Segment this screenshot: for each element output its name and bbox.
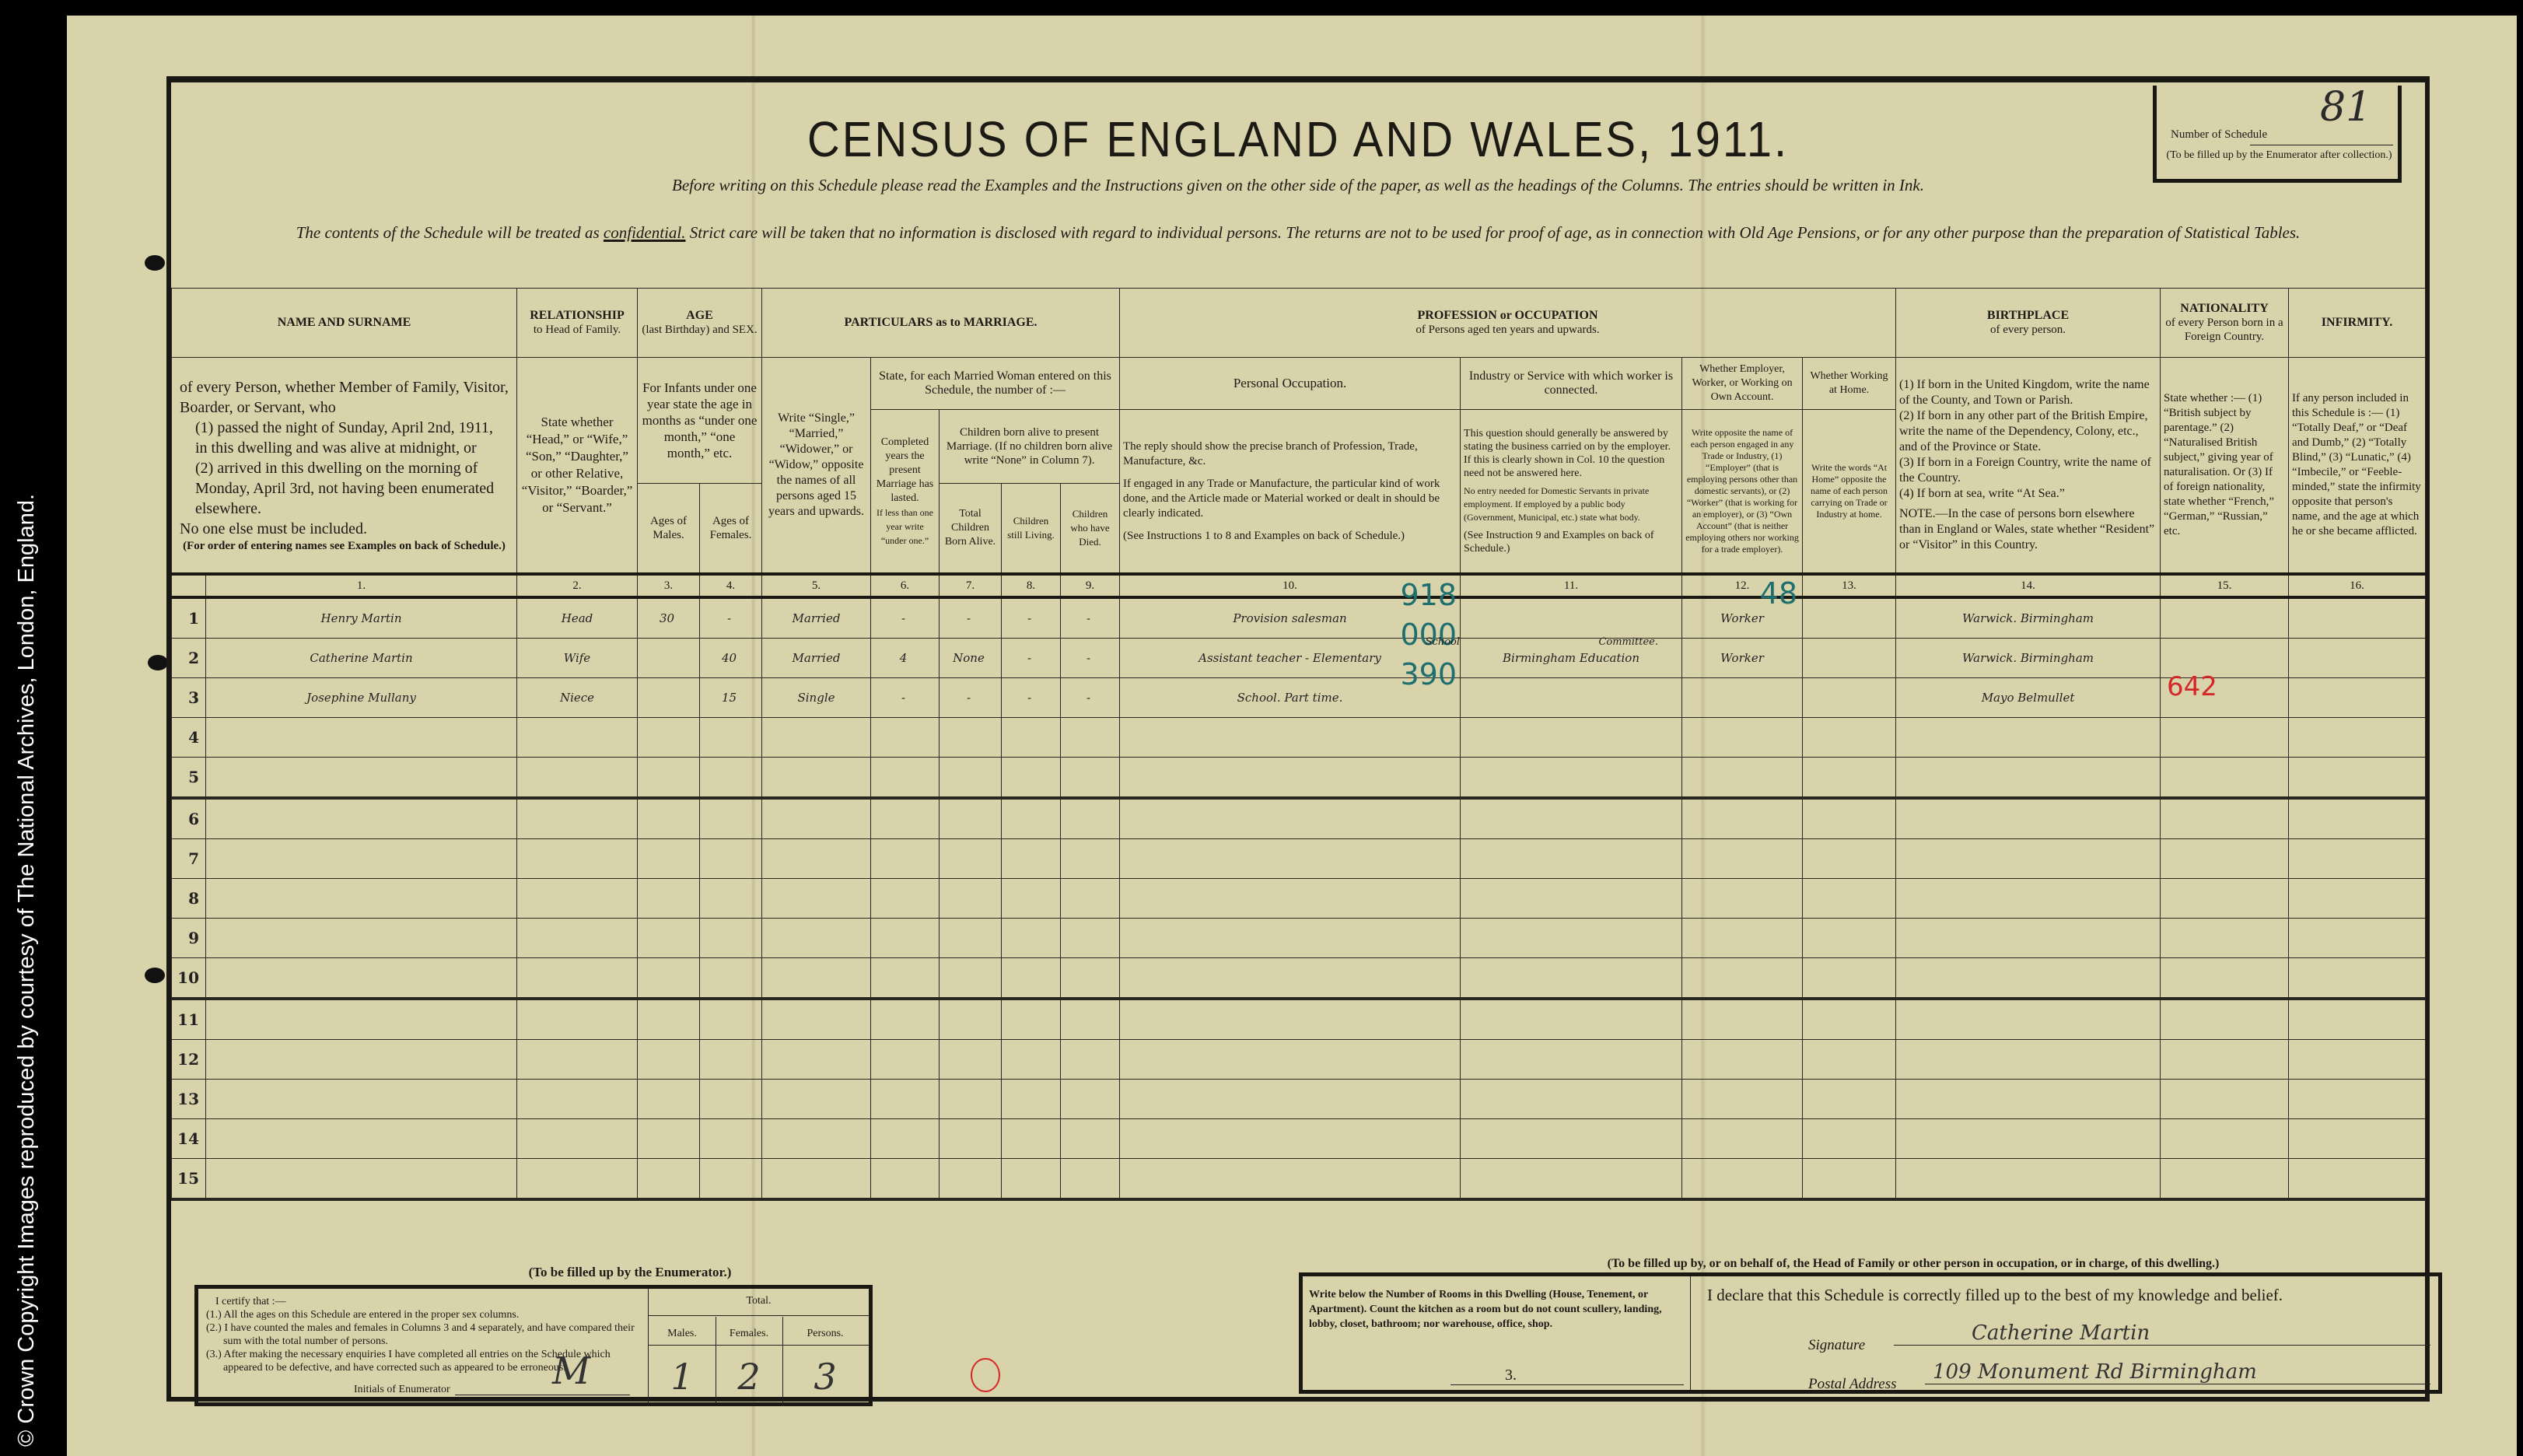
cell-rel: Niece — [517, 678, 638, 718]
cell-rel — [517, 1159, 638, 1200]
column-group-headers: NAME AND SURNAME RELATIONSHIPto Head of … — [172, 289, 2426, 358]
row-number: 5 — [172, 758, 206, 799]
cell-died — [1061, 1040, 1120, 1080]
cell-age_m — [638, 678, 700, 718]
cell-name — [206, 1040, 517, 1080]
cell-name — [206, 758, 517, 799]
table-row: 3Josephine MullanyNiece15Single----Schoo… — [172, 678, 2426, 718]
cell-rel — [517, 1080, 638, 1119]
cell-home — [1803, 958, 1896, 999]
cell-name — [206, 999, 517, 1040]
cell-marital — [762, 1119, 871, 1159]
cell-industry — [1461, 919, 1682, 958]
cell-infirmity — [2289, 1119, 2426, 1159]
row-number: 9 — [172, 919, 206, 958]
cell-born — [940, 1159, 1002, 1200]
cell-marital: Single — [762, 678, 871, 718]
cell-living: - — [1002, 639, 1061, 678]
table-row: 6 — [172, 798, 2426, 839]
cell-employer — [1682, 678, 1803, 718]
cell-age_m — [638, 758, 700, 799]
row-number: 3 — [172, 678, 206, 718]
column-subheaders-1: of every Person, whether Member of Famil… — [172, 358, 2426, 410]
cell-infirmity — [2289, 1040, 2426, 1080]
employer-header: Whether Employer, Worker, or Working on … — [1682, 358, 1803, 410]
cell-nationality — [2161, 879, 2289, 919]
cell-infirmity — [2289, 758, 2426, 799]
cell-name — [206, 718, 517, 758]
header-birthplace: BIRTHPLACEof every person. — [1896, 289, 2161, 358]
cell-rel — [517, 958, 638, 999]
cell-age_m — [638, 639, 700, 678]
cell-nationality — [2161, 798, 2289, 839]
cell-nationality — [2161, 1119, 2289, 1159]
cell-age_m — [638, 718, 700, 758]
cell-employer — [1682, 919, 1803, 958]
cell-age_m — [638, 1119, 700, 1159]
cell-years — [871, 718, 940, 758]
cell-living — [1002, 1040, 1061, 1080]
cell-died — [1061, 839, 1120, 879]
cell-living — [1002, 879, 1061, 919]
cell-age_f — [700, 879, 762, 919]
age-instructions: For Infants under one year state the age… — [638, 358, 762, 484]
cell-occupation — [1120, 718, 1461, 758]
cell-name — [206, 1159, 517, 1200]
cell-occupation — [1120, 1119, 1461, 1159]
cell-born: - — [940, 597, 1002, 639]
cell-nationality — [2161, 1159, 2289, 1200]
schedule-number-note: (To be filled up by the Enumerator after… — [2164, 149, 2394, 162]
cell-died — [1061, 919, 1120, 958]
table-row: 10 — [172, 958, 2426, 999]
cell-birthplace — [1896, 1159, 2161, 1200]
cell-living — [1002, 958, 1061, 999]
personal-occupation-instructions: The reply should show the precise branch… — [1120, 410, 1461, 575]
cell-employer — [1682, 839, 1803, 879]
header-nationality: NATIONALITYof every Person born in a For… — [2161, 289, 2289, 358]
row-number: 13 — [172, 1080, 206, 1119]
cell-birthplace — [1896, 798, 2161, 839]
cell-name — [206, 919, 517, 958]
cell-age_m — [638, 999, 700, 1040]
punch-hole — [148, 655, 168, 670]
cell-nationality — [2161, 839, 2289, 879]
table-row: 5 — [172, 758, 2426, 799]
cell-age_f — [700, 1119, 762, 1159]
cell-marital — [762, 999, 871, 1040]
cell-years — [871, 798, 940, 839]
cell-age_f — [700, 958, 762, 999]
cell-living — [1002, 798, 1061, 839]
table-row: 7 — [172, 839, 2426, 879]
cell-employer — [1682, 879, 1803, 919]
cell-died — [1061, 718, 1120, 758]
cell-home — [1803, 1080, 1896, 1119]
cell-living: - — [1002, 678, 1061, 718]
cell-industry — [1461, 1040, 1682, 1080]
cell-home — [1803, 919, 1896, 958]
header-relationship: RELATIONSHIPto Head of Family. — [517, 289, 638, 358]
cell-infirmity — [2289, 879, 2426, 919]
cell-infirmity — [2289, 639, 2426, 678]
cell-employer — [1682, 718, 1803, 758]
cell-age_f — [700, 798, 762, 839]
cell-industry — [1461, 798, 1682, 839]
cell-birthplace — [1896, 718, 2161, 758]
still-living-header: Children still Living. — [1002, 484, 1061, 575]
cell-employer — [1682, 1159, 1803, 1200]
row-number: 8 — [172, 879, 206, 919]
have-died-header: Children who have Died. — [1061, 484, 1120, 575]
cell-birthplace — [1896, 879, 2161, 919]
cell-age_f: 15 — [700, 678, 762, 718]
cell-age_f — [700, 999, 762, 1040]
cell-employer — [1682, 758, 1803, 799]
cell-rel — [517, 798, 638, 839]
cell-living — [1002, 1119, 1061, 1159]
cell-rel — [517, 1040, 638, 1080]
cell-born — [940, 1040, 1002, 1080]
cell-died — [1061, 798, 1120, 839]
page-title: CENSUS OF ENGLAND AND WALES, 1911. — [171, 111, 2425, 169]
cell-infirmity — [2289, 597, 2426, 639]
cell-marital — [762, 879, 871, 919]
table-row: 1Henry MartinHead30-Married----Provision… — [172, 597, 2426, 639]
table-row: 4 — [172, 718, 2426, 758]
enumerator-certificate: I certify that :— (1.) All the ages on t… — [194, 1285, 873, 1406]
cell-name — [206, 1080, 517, 1119]
cell-nationality — [2161, 758, 2289, 799]
married-woman-instructions: State, for each Married Woman entered on… — [871, 358, 1120, 410]
cell-nationality — [2161, 999, 2289, 1040]
cell-nationality: 642 — [2161, 678, 2289, 718]
cell-occupation: School. Part time.390 — [1120, 678, 1461, 718]
cell-age_m — [638, 1080, 700, 1119]
cell-living — [1002, 999, 1061, 1040]
total-persons: 3 — [782, 1356, 868, 1398]
row-number: 10 — [172, 958, 206, 999]
cell-years — [871, 1159, 940, 1200]
header-name: NAME AND SURNAME — [172, 289, 517, 358]
cell-age_f — [700, 839, 762, 879]
row-number: 7 — [172, 839, 206, 879]
cell-rel — [517, 1119, 638, 1159]
cell-birthplace — [1896, 1119, 2161, 1159]
cell-occupation — [1120, 1080, 1461, 1119]
total-females: 2 — [716, 1356, 782, 1398]
home-header: Whether Working at Home. — [1803, 358, 1896, 410]
cell-birthplace — [1896, 958, 2161, 999]
cell-died: - — [1061, 597, 1120, 639]
cell-rel — [517, 758, 638, 799]
cell-home — [1803, 1119, 1896, 1159]
cell-rel: Wife — [517, 639, 638, 678]
cell-birthplace — [1896, 1040, 2161, 1080]
cell-died — [1061, 1080, 1120, 1119]
postal-address-value: 109 Monument Rd Birmingham — [1925, 1360, 2430, 1384]
cell-birthplace — [1896, 919, 2161, 958]
cell-years: 4 — [871, 639, 940, 678]
cell-born: - — [940, 678, 1002, 718]
census-table: NAME AND SURNAME RELATIONSHIPto Head of … — [171, 288, 2426, 1201]
cell-age_f: 40 — [700, 639, 762, 678]
nationality-code: 642 — [2167, 680, 2217, 694]
header-occupation: PROFESSION or OCCUPATIONof Persons aged … — [1120, 289, 1896, 358]
cell-industry — [1461, 1080, 1682, 1119]
cell-birthplace — [1896, 758, 2161, 799]
cell-age_m — [638, 919, 700, 958]
row-number: 11 — [172, 999, 206, 1040]
cell-occupation — [1120, 758, 1461, 799]
cell-marital — [762, 919, 871, 958]
cell-marital — [762, 1040, 871, 1080]
cell-infirmity — [2289, 839, 2426, 879]
confidentiality-notice: The contents of the Schedule will be tre… — [187, 221, 2409, 244]
cell-living — [1002, 718, 1061, 758]
cell-infirmity — [2289, 919, 2426, 958]
occupation-code: 918 — [1400, 588, 1457, 602]
schedule-number-line — [2250, 145, 2393, 145]
row-number: 6 — [172, 798, 206, 839]
cell-employer: Worker — [1682, 639, 1803, 678]
cell-birthplace: Mayo Belmullet — [1896, 678, 2161, 718]
cell-infirmity — [2289, 798, 2426, 839]
cell-employer: Worker48 — [1682, 597, 1803, 639]
cell-died — [1061, 1159, 1120, 1200]
cell-born — [940, 798, 1002, 839]
cell-rel — [517, 839, 638, 879]
cell-age_f — [700, 758, 762, 799]
cell-home — [1803, 1040, 1896, 1080]
schedule-number-box: 81 Number of Schedule (To be filled up b… — [2153, 86, 2402, 183]
person-rows: 1Henry MartinHead30-Married----Provision… — [172, 597, 2426, 1199]
cell-years: - — [871, 597, 940, 639]
cell-marital — [762, 1080, 871, 1119]
declaration-text: I declare that this Schedule is correctl… — [1707, 1286, 2283, 1305]
cell-nationality — [2161, 718, 2289, 758]
cell-rel: Head — [517, 597, 638, 639]
cell-infirmity — [2289, 958, 2426, 999]
cell-name: Henry Martin — [206, 597, 517, 639]
cell-born — [940, 839, 1002, 879]
cell-age_f — [700, 1040, 762, 1080]
cell-home — [1803, 597, 1896, 639]
row-number: 15 — [172, 1159, 206, 1200]
cell-rel — [517, 999, 638, 1040]
cell-marital — [762, 958, 871, 999]
cell-infirmity — [2289, 1159, 2426, 1200]
cell-years — [871, 758, 940, 799]
row-number: 14 — [172, 1119, 206, 1159]
cell-occupation — [1120, 1159, 1461, 1200]
red-circle-mark — [971, 1358, 1000, 1392]
cell-industry — [1461, 758, 1682, 799]
table-row: 14 — [172, 1119, 2426, 1159]
enumerator-section-title: (To be filled up by the Enumerator.) — [358, 1265, 902, 1280]
cell-living — [1002, 839, 1061, 879]
cell-birthplace: Warwick. Birmingham — [1896, 597, 2161, 639]
copyright-notice: © Crown Copyright Images reproduced by c… — [14, 358, 40, 1447]
cell-birthplace — [1896, 1080, 2161, 1119]
cell-marital — [762, 758, 871, 799]
occupation-note: School — [1426, 635, 1460, 649]
cell-infirmity — [2289, 678, 2426, 718]
cell-birthplace — [1896, 999, 2161, 1040]
name-instructions: of every Person, whether Member of Famil… — [172, 358, 517, 575]
cell-age_m — [638, 798, 700, 839]
occupation-code: 390 — [1400, 667, 1457, 681]
cell-occupation — [1120, 879, 1461, 919]
cell-years — [871, 958, 940, 999]
industry-note: Committee. — [1598, 635, 1658, 649]
cell-nationality — [2161, 958, 2289, 999]
ages-males-header: Ages of Males. — [638, 484, 700, 575]
cell-died — [1061, 958, 1120, 999]
cell-rel — [517, 879, 638, 919]
cell-born — [940, 718, 1002, 758]
cell-infirmity — [2289, 1080, 2426, 1119]
cell-home — [1803, 758, 1896, 799]
ages-females-header: Ages of Females. — [700, 484, 762, 575]
cell-nationality — [2161, 1080, 2289, 1119]
total-males: 1 — [649, 1356, 716, 1398]
header-infirmity: INFIRMITY. — [2289, 289, 2426, 358]
cell-years — [871, 879, 940, 919]
cell-nationality — [2161, 597, 2289, 639]
cell-marital: Married — [762, 639, 871, 678]
household-section-title: (To be filled up by, or on behalf of, th… — [1338, 1257, 2489, 1271]
enumerator-initials: M — [552, 1349, 590, 1393]
postal-address-label: Postal Address — [1808, 1376, 1896, 1393]
cell-born — [940, 1080, 1002, 1119]
table-row: 8 — [172, 879, 2426, 919]
totals-box: Total. Males. Females. Persons. 1 2 3 — [648, 1289, 869, 1402]
rooms-count: 3. — [1450, 1367, 1684, 1385]
cell-age_m — [638, 879, 700, 919]
personal-occupation-header: Personal Occupation. — [1120, 358, 1461, 410]
cell-industry — [1461, 1119, 1682, 1159]
cell-home — [1803, 1159, 1896, 1200]
cell-home — [1803, 879, 1896, 919]
cell-born — [940, 919, 1002, 958]
cell-nationality — [2161, 919, 2289, 958]
cell-died — [1061, 879, 1120, 919]
cell-died — [1061, 1119, 1120, 1159]
cell-name — [206, 839, 517, 879]
marital-instructions: Write “Single,” “Married,” “Widower,” or… — [762, 358, 871, 575]
schedule-frame: CENSUS OF ENGLAND AND WALES, 1911. Befor… — [166, 76, 2430, 1402]
cell-occupation — [1120, 958, 1461, 999]
cell-occupation — [1120, 839, 1461, 879]
table-row: 13 — [172, 1080, 2426, 1119]
cell-home — [1803, 678, 1896, 718]
cell-birthplace: Warwick. Birmingham — [1896, 639, 2161, 678]
cell-industry — [1461, 999, 1682, 1040]
cell-died: - — [1061, 639, 1120, 678]
table-row: 11 — [172, 999, 2426, 1040]
punch-hole — [145, 968, 165, 983]
cell-industry — [1461, 839, 1682, 879]
cell-occupation — [1120, 999, 1461, 1040]
cell-employer — [1682, 958, 1803, 999]
industry-instructions: This question should generally be answer… — [1461, 410, 1682, 575]
cell-years — [871, 1080, 940, 1119]
cell-living — [1002, 1159, 1061, 1200]
cell-birthplace — [1896, 839, 2161, 879]
cell-age_m: 30 — [638, 597, 700, 639]
marriage-years-header: Completed years the present Marriage has… — [871, 410, 940, 575]
row-number: 2 — [172, 639, 206, 678]
cell-industry — [1461, 597, 1682, 639]
cell-died — [1061, 999, 1120, 1040]
cell-died: - — [1061, 678, 1120, 718]
cell-industry — [1461, 879, 1682, 919]
rooms-instruction: Write below the Number of Rooms in this … — [1309, 1287, 1682, 1332]
cell-employer — [1682, 798, 1803, 839]
cell-name — [206, 1119, 517, 1159]
initials-label: Initials of Enumerator — [354, 1384, 450, 1396]
cell-born: None — [940, 639, 1002, 678]
nationality-instructions: State whether :— (1) “British subject by… — [2161, 358, 2289, 575]
signature-value: Catherine Martin — [1894, 1321, 2430, 1346]
table-row: 2Catherine MartinWife40Married4None--Ass… — [172, 639, 2426, 678]
cell-age_f: - — [700, 597, 762, 639]
cell-name — [206, 879, 517, 919]
cell-years — [871, 919, 940, 958]
cell-employer — [1682, 1080, 1803, 1119]
cell-name — [206, 798, 517, 839]
employer-code: 48 — [1760, 586, 1797, 600]
cell-born — [940, 999, 1002, 1040]
cell-born — [940, 758, 1002, 799]
cell-years — [871, 999, 940, 1040]
infirmity-instructions: If any person included in this Schedule … — [2289, 358, 2426, 575]
cell-died — [1061, 758, 1120, 799]
cell-home — [1803, 839, 1896, 879]
cell-years — [871, 1040, 940, 1080]
relationship-instructions: State whether “Head,” or “Wife,” “Son,” … — [517, 358, 638, 575]
column-numbers: 1. 2. 3. 4. 5. 6. 7. 8. 9. 10. 11. 12. 1… — [172, 574, 2426, 597]
instruction-text: Before writing on this Schedule please r… — [171, 176, 2425, 195]
household-declaration: Write below the Number of Rooms in this … — [1299, 1272, 2442, 1394]
cell-living: - — [1002, 597, 1061, 639]
cell-name: Josephine Mullany — [206, 678, 517, 718]
table-row: 15 — [172, 1159, 2426, 1200]
cell-age_f — [700, 919, 762, 958]
cell-marital — [762, 1159, 871, 1200]
cell-age_f — [700, 718, 762, 758]
cell-home — [1803, 798, 1896, 839]
cell-employer — [1682, 1119, 1803, 1159]
cell-home — [1803, 999, 1896, 1040]
cell-occupation — [1120, 798, 1461, 839]
employer-instructions: Write opposite the name of each person e… — [1682, 410, 1803, 575]
total-born-header: Total Children Born Alive. — [940, 484, 1002, 575]
cell-rel — [517, 919, 638, 958]
cell-employer — [1682, 999, 1803, 1040]
cell-name — [206, 958, 517, 999]
cell-born — [940, 1119, 1002, 1159]
cell-industry — [1461, 718, 1682, 758]
cell-home — [1803, 639, 1896, 678]
cell-infirmity — [2289, 999, 2426, 1040]
cell-marital — [762, 839, 871, 879]
cell-age_m — [638, 958, 700, 999]
cell-industry — [1461, 1159, 1682, 1200]
cell-marital — [762, 798, 871, 839]
cell-infirmity — [2289, 718, 2426, 758]
